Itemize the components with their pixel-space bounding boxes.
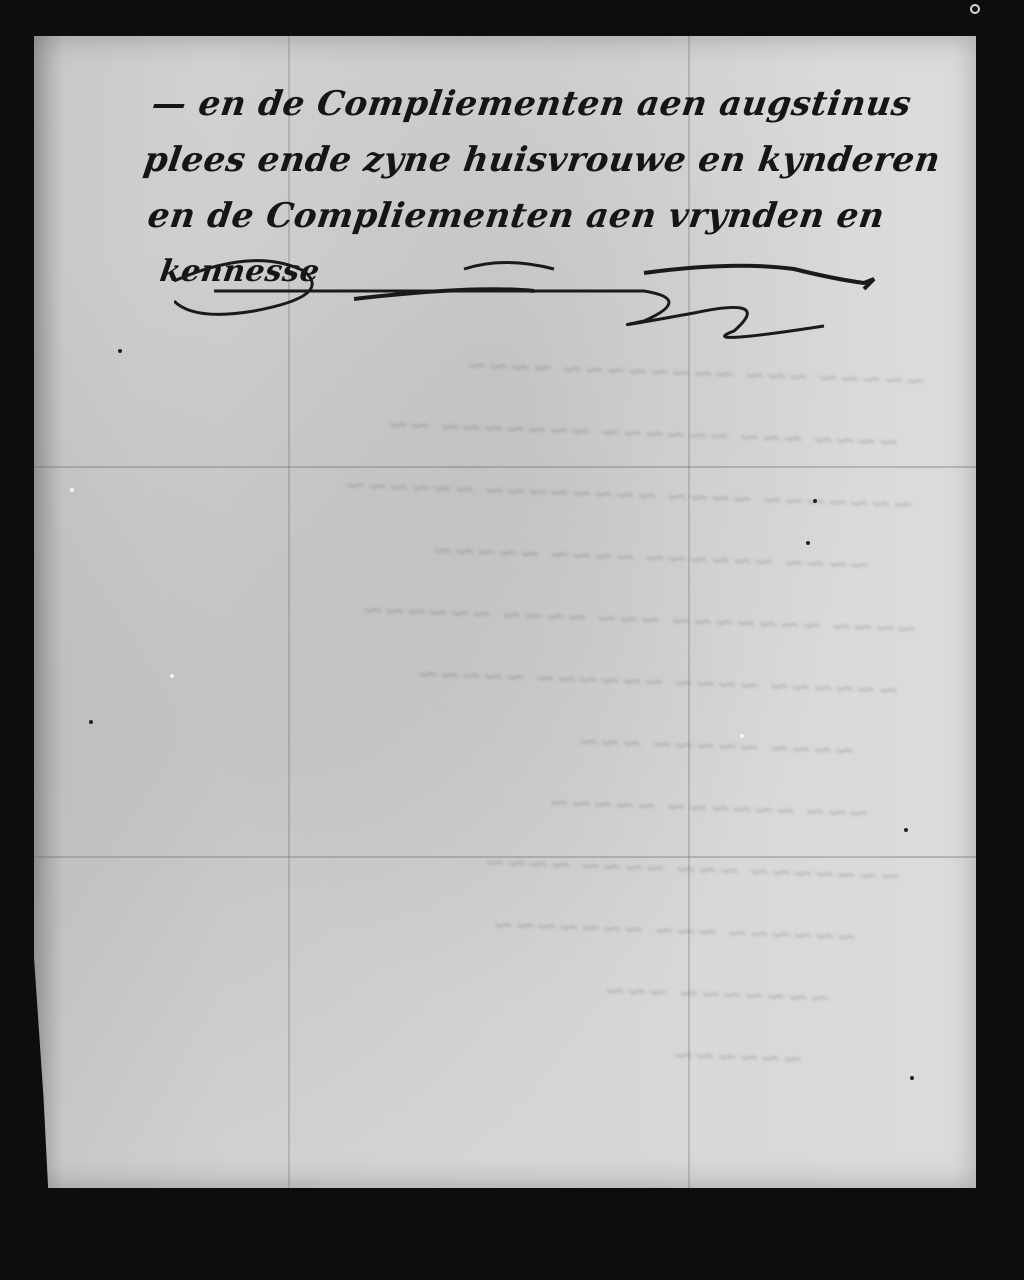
- paper-speck: [170, 674, 174, 678]
- film-corner-mark: [970, 4, 980, 14]
- signature-flourish-icon: [174, 251, 914, 351]
- ink-speck: [813, 499, 817, 503]
- document-page: ~~~~~ ~~~ ~~~~~~~~ ~~~~ ~~~~ ~~~ ~~~~~~ …: [34, 36, 976, 1188]
- ink-speck: [910, 1076, 914, 1080]
- paper-speck: [740, 734, 744, 738]
- bleed-through-text: ~~~~~ ~~~ ~~~~~~~~ ~~~~ ~~~~ ~~~ ~~~~~~ …: [81, 322, 928, 1130]
- scan-frame: ~~~~~ ~~~ ~~~~~~~~ ~~~~ ~~~~ ~~~ ~~~~~~ …: [0, 0, 1024, 1280]
- handwritten-line: — en de Compliementen aen augstinus: [148, 76, 976, 132]
- handwritten-line: en de Compliementen aen vrynden en: [144, 188, 976, 244]
- handwritten-line: plees ende zyne huisvrouwe en kynderen: [140, 132, 976, 188]
- ink-speck: [806, 541, 810, 545]
- ink-speck: [89, 720, 93, 724]
- ink-speck: [118, 349, 122, 353]
- ink-speck: [904, 828, 908, 832]
- paper-speck: [70, 488, 74, 492]
